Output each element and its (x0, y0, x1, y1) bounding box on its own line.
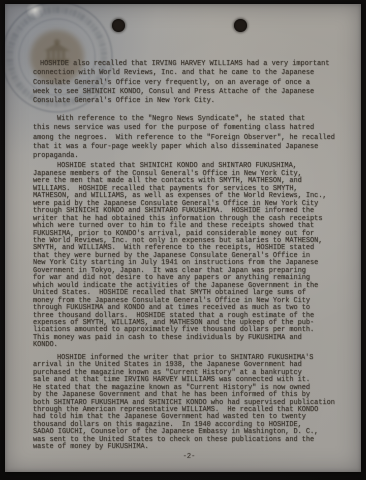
paragraph-4: HOSHIDE informed the writer that prior t… (33, 355, 345, 452)
scanned-document: HOSHIDE also recalled that IRVING HARVEY… (0, 0, 366, 480)
document-page: HOSHIDE also recalled that IRVING HARVEY… (5, 4, 361, 472)
paragraph-1: HOSHIDE also recalled that IRVING HARVEY… (33, 60, 345, 106)
page-number: -2- (33, 453, 345, 461)
paragraph-3: HOSHIDE stated that SHINICHI KONDO and S… (33, 163, 345, 349)
paragraph-2: With reference to the "Negro News Syndic… (33, 115, 345, 161)
typed-body: HOSHIDE also recalled that IRVING HARVEY… (33, 4, 345, 452)
